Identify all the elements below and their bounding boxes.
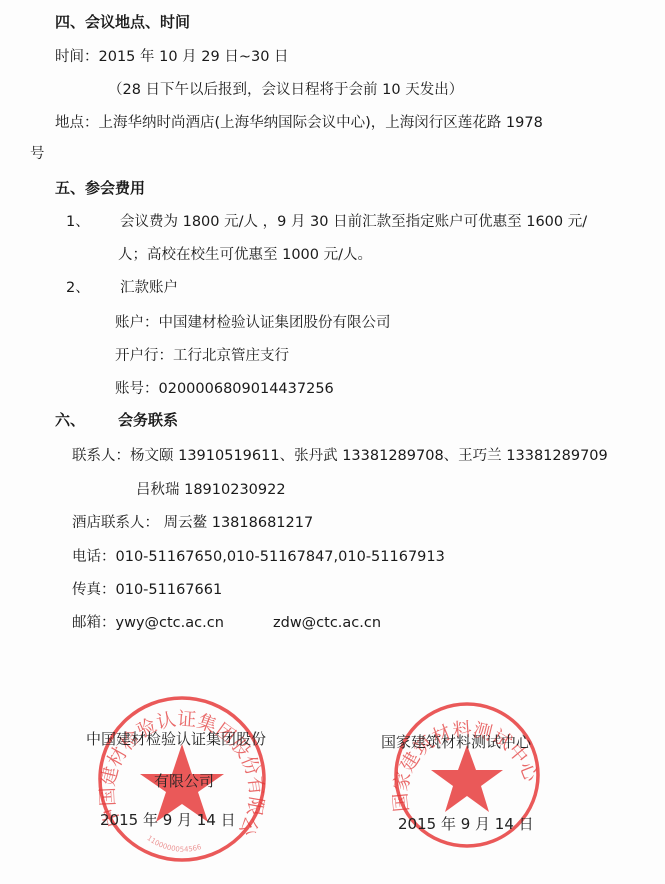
- svg-text:1100000054566: 1100000054566: [145, 834, 202, 854]
- right-sign-date: 2015 年 9 月 14 日: [398, 813, 534, 834]
- left-org-name-line1: 中国建材检验认证集团股份: [86, 728, 266, 749]
- star-icon: [431, 745, 503, 812]
- contacts-line1: 联系人：杨文颐 13910519611、张丹武 13381289708、王巧兰 …: [72, 446, 608, 466]
- account-number: 账号：0200006809014437256: [115, 379, 334, 399]
- section6-number: 六、: [55, 410, 85, 430]
- email-2[interactable]: zdw@ctc.ac.cn: [273, 613, 381, 633]
- fee-item2-title: 汇款账户: [120, 278, 178, 298]
- fee-item1-text-cont: 人；高校在校生可优惠至 1000 元/人。: [118, 245, 372, 265]
- fee-item1-text: 会议费为 1800 元/人 ，9 月 30 日前汇款至指定账户可优惠至 1600…: [120, 212, 587, 232]
- stamp-number: 1100000054566: [145, 834, 202, 854]
- fee-item1-number: 1、: [66, 212, 90, 232]
- fax-number: 传真：010-51167661: [72, 580, 222, 600]
- account-name: 账户：中国建材检验认证集团股份有限公司: [115, 313, 391, 333]
- meeting-location-cont: 号: [30, 144, 45, 164]
- left-sign-date: 2015 年 9 月 14 日: [100, 809, 236, 830]
- left-org-name-line2: 有限公司: [154, 770, 214, 791]
- email-1[interactable]: 邮箱：ywy@ctc.ac.cn: [72, 613, 224, 633]
- hotel-contact: 酒店联系人： 周云鳌 13818681217: [72, 513, 313, 533]
- contacts-line2: 吕秋瑞 18910230922: [136, 480, 286, 500]
- section5-heading: 五、参会费用: [55, 178, 145, 198]
- meeting-location: 地点：上海华纳时尚酒店(上海华纳国际会议中心)，上海闵行区莲花路 1978: [55, 113, 543, 133]
- section4-heading: 四、会议地点、时间: [55, 12, 190, 32]
- phone-numbers: 电话：010-51167650,010-51167847,010-5116791…: [72, 547, 445, 567]
- meeting-time-note: （28 日下午以后报到，会议日程将于会前 10 天发出）: [108, 80, 463, 100]
- right-org-name: 国家建筑材料测试中心: [381, 731, 531, 752]
- section6-heading: 会务联系: [118, 410, 178, 430]
- meeting-time: 时间：2015 年 10 月 29 日~30 日: [55, 47, 289, 67]
- account-bank: 开户行：工行北京管庄支行: [115, 346, 289, 366]
- fee-item2-number: 2、: [66, 278, 90, 298]
